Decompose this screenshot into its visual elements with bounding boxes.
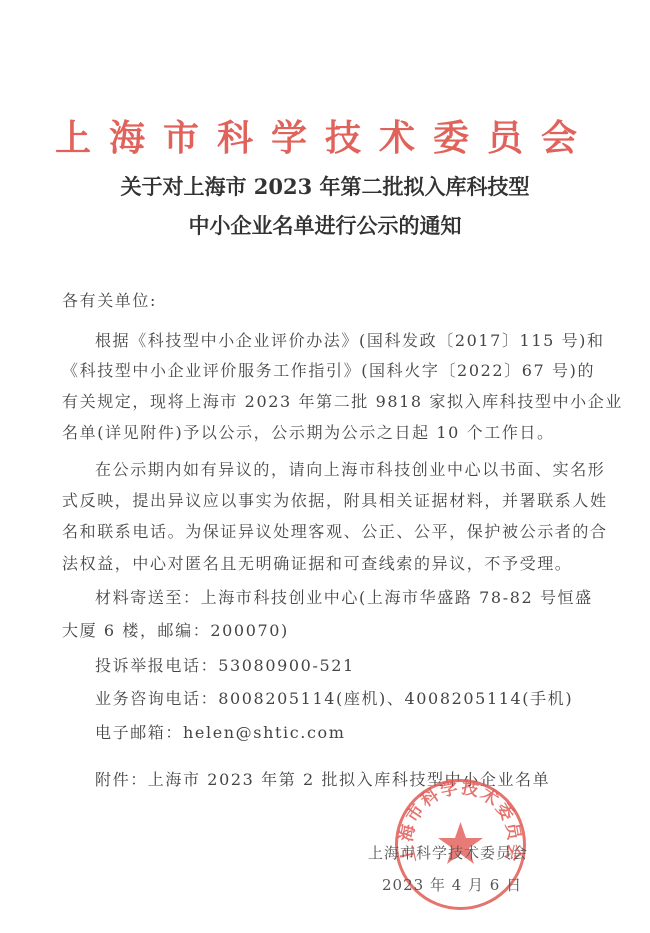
paragraph-line: 《科技型中小企业评价服务工作指引》(国科火字〔2022〕67 号)的 bbox=[62, 360, 602, 382]
paragraph-line: 在公示期内如有异议的，请向上海市科技创业中心以书面、实名形 bbox=[95, 459, 635, 481]
inquiry-phone: 业务咨询电话：8008205114(座机)、4008205114(手机) bbox=[95, 688, 635, 710]
issuing-organization-header: 上海市科学技术委员会 bbox=[0, 113, 650, 163]
contact-email: 电子邮箱：helen@shtic.com bbox=[95, 722, 635, 744]
paragraph-line: 名单(详见附件)予以公示，公示期为公示之日起 10 个工作日。 bbox=[62, 422, 602, 444]
paragraph-line: 名和联系电话。为保证异议处理客观、公正、公平，保护被公示者的合 bbox=[62, 521, 602, 543]
signature-organization: 上海市科学技术委员会 bbox=[368, 842, 528, 863]
salutation: 各有关单位: bbox=[62, 290, 602, 312]
signature-date: 2023 年 4 月 6 日 bbox=[382, 874, 522, 895]
complaint-phone: 投诉举报电话：53080900-521 bbox=[95, 655, 635, 677]
notice-title-line-2: 中小企业名单进行公示的通知 bbox=[0, 211, 650, 241]
mailing-address-line: 大厦 6 楼，邮编：200070) bbox=[62, 620, 602, 642]
paragraph-line: 有关规定，现将上海市 2023 年第二批 9818 家拟入库科技型中小企业 bbox=[62, 391, 602, 413]
mailing-address-line: 材料寄送至：上海市科技创业中心(上海市华盛路 78-82 号恒盛 bbox=[95, 587, 635, 609]
paragraph-line: 法权益，中心对匿名且无明确证据和可查线索的异议，不予受理。 bbox=[62, 553, 602, 575]
notice-title-line-1: 关于对上海市 2023 年第二批拟入库科技型 bbox=[0, 172, 650, 202]
paragraph-line: 式反映，提出异议应以事实为依据，附具相关证据材料，并署联系人姓 bbox=[62, 490, 602, 512]
attachment-note: 附件：上海市 2023 年第 2 批拟入库科技型中小企业名单 bbox=[95, 769, 635, 791]
paragraph-line: 根据《科技型中小企业评价办法》(国科发政〔2017〕115 号)和 bbox=[95, 330, 635, 352]
